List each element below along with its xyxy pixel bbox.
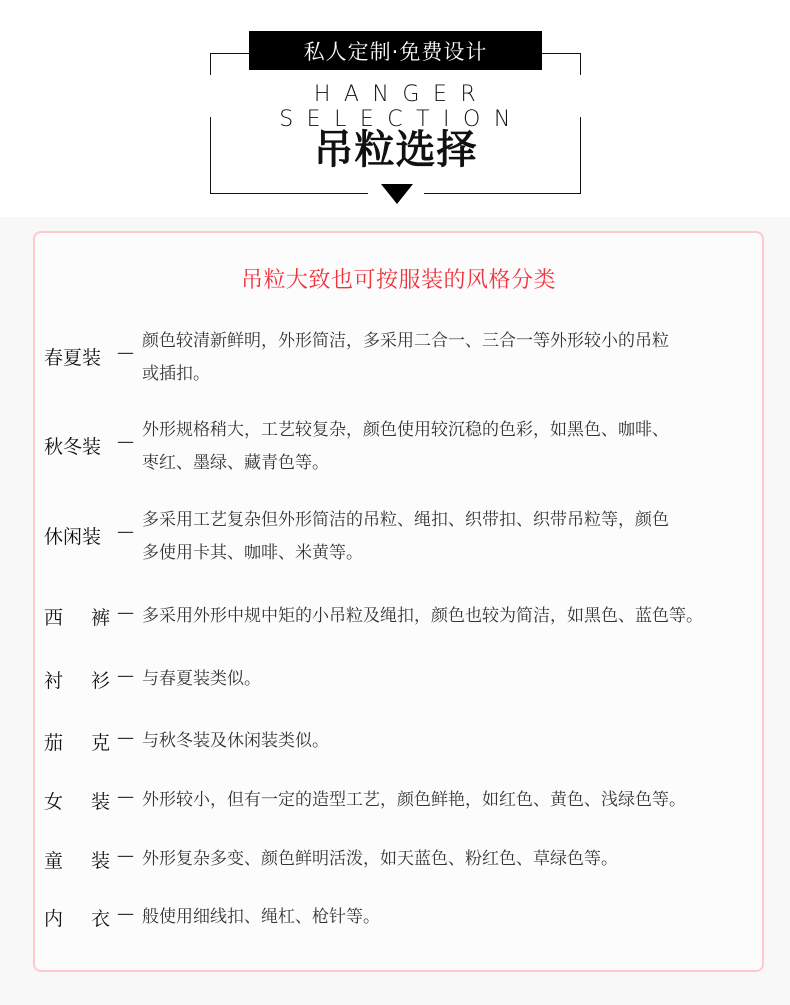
down-arrow-icon <box>380 183 414 205</box>
header-banner: 私人定制·免费设计 HANGER SELECTION 吊粒选择 <box>0 0 790 217</box>
dash-separator: — <box>117 432 134 452</box>
item-label: 衬 衫 <box>44 666 110 693</box>
item-label: 内 衣 <box>44 904 110 931</box>
item-description: 般使用细线扣、绳杠、枪针等。 <box>142 901 762 934</box>
item-description: 多采用外形中规中矩的小吊粒及绳扣，颜色也较为简洁，如黑色、蓝色等。 <box>142 600 762 633</box>
item-label: 茄 克 <box>44 728 110 755</box>
item-label: 童 装 <box>44 846 110 873</box>
item-description: 外形复杂多变、颜色鲜明活泼，如天蓝色、粉红色、草绿色等。 <box>142 843 762 876</box>
dash-separator: — <box>117 522 134 542</box>
dash-separator: — <box>117 787 134 807</box>
dash-separator: — <box>117 603 134 623</box>
item-description: 外形较小，但有一定的造型工艺，颜色鲜艳，如红色、黄色、浅绿色等。 <box>142 784 762 817</box>
dash-separator: — <box>117 343 134 363</box>
item-label: 秋冬装 <box>44 432 110 459</box>
page-title: 吊粒选择 <box>210 118 581 175</box>
item-description: 颜色较清新鲜明，外形简洁，多采用二合一、三合一等外形较小的吊粒 或插扣。 <box>142 325 762 391</box>
item-description: 多采用工艺复杂但外形简洁的吊粒、绳扣、织带扣、织带吊粒等，颜色 多使用卡其、咖啡… <box>142 504 762 570</box>
item-description: 与春夏装类似。 <box>142 663 762 696</box>
tag-banner: 私人定制·免费设计 <box>249 31 542 70</box>
item-label: 西 裤 <box>44 603 110 630</box>
dash-separator: — <box>117 904 134 924</box>
dash-separator: — <box>117 728 134 748</box>
card-title: 吊粒大致也可按服装的风格分类 <box>35 263 762 294</box>
item-description: 外形规格稍大，工艺较复杂，颜色使用较沉稳的色彩，如黑色、咖啡、 枣红、墨绿、藏青… <box>142 414 762 480</box>
item-label: 春夏装 <box>44 343 110 370</box>
classification-card: 吊粒大致也可按服装的风格分类 春夏装 — 颜色较清新鲜明，外形简洁，多采用二合一… <box>33 231 764 972</box>
tag-text: 私人定制·免费设计 <box>304 36 488 66</box>
item-description: 与秋冬装及休闲装类似。 <box>142 725 762 758</box>
item-label: 休闲装 <box>44 522 110 549</box>
dash-separator: — <box>117 666 134 686</box>
item-label: 女 装 <box>44 787 110 814</box>
dash-separator: — <box>117 846 134 866</box>
